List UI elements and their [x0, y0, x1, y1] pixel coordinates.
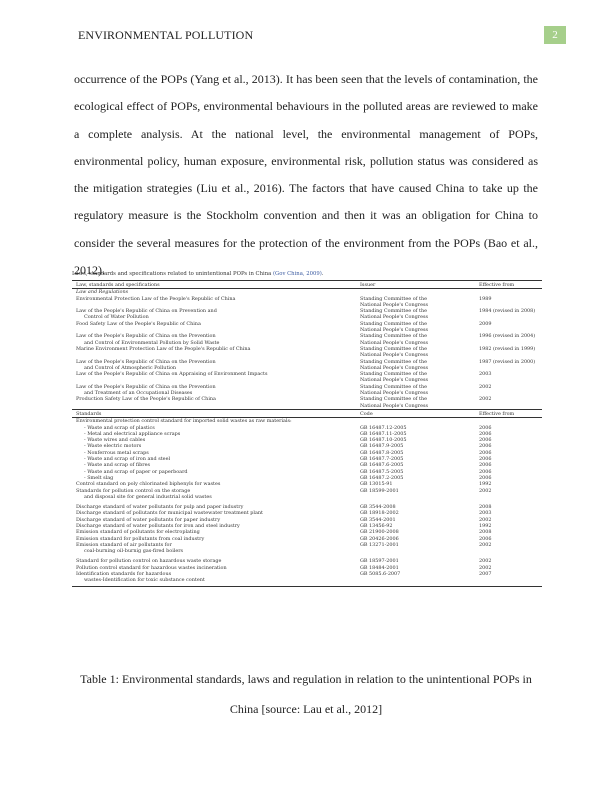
- law-issuer: Standing Committee of theNational People…: [356, 384, 475, 397]
- paragraph-text: occurrence of the POPs (Yang et al., 201…: [74, 66, 538, 284]
- bottom-rule: [72, 584, 542, 587]
- law-name: Law of the People's Republic of China on…: [72, 371, 356, 384]
- table-row: Standards for pollution control on the s…: [72, 488, 542, 501]
- running-head: ENVIRONMENTAL POLLUTION: [78, 28, 253, 43]
- law-name-line: Marine Environment Protection Law of the…: [76, 346, 356, 352]
- law-name: Environmental Protection Law of the Peop…: [72, 296, 356, 309]
- section-label: Law and Regulations: [72, 289, 542, 296]
- table-row: Law of the People's Republic of China on…: [72, 308, 542, 321]
- standard-name: Identification standards for hazardouswa…: [72, 571, 356, 584]
- table-row: Emission standard of air pollutants forc…: [72, 542, 542, 555]
- standard-code: GB 13271-2001: [356, 542, 475, 555]
- table-body: Law and Regulations Environmental Protec…: [72, 289, 542, 586]
- table-row: Food Safety Law of the People's Republic…: [72, 321, 542, 334]
- col-header-law: Law, standards and specifications: [72, 281, 356, 289]
- rule: [72, 584, 542, 587]
- law-name: Marine Environment Protection Law of the…: [72, 346, 356, 359]
- standards-header-row: StandardsCodeEffective from: [72, 409, 542, 417]
- law-effective: 2009: [475, 321, 542, 334]
- law-name: Law of the People's Republic of China on…: [72, 333, 356, 346]
- law-issuer: Standing Committee of theNational People…: [356, 396, 475, 409]
- table-title-end: .: [322, 271, 324, 277]
- table-figure-title: Laws, standards and specifications relat…: [72, 271, 542, 277]
- table-row: Marine Environment Protection Law of the…: [72, 346, 542, 359]
- caption-line-2: China [source: Lau et al., 2012]: [74, 694, 538, 724]
- law-issuer: Standing Committee of theNational People…: [356, 308, 475, 321]
- law-issuer: Standing Committee of theNational People…: [356, 333, 475, 346]
- caption-line-1: Table 1: Environmental standards, laws a…: [74, 664, 538, 694]
- law-name: Law of the People's Republic of China on…: [72, 308, 356, 321]
- table-row: Production Safety Law of the People's Re…: [72, 396, 542, 409]
- table-title-citation: (Gov China, 2009): [273, 271, 322, 277]
- law-effective: 1987 (revised in 2000): [475, 359, 542, 372]
- table-title-text: Laws, standards and specifications relat…: [72, 271, 273, 277]
- body-paragraph: occurrence of the POPs (Yang et al., 201…: [74, 66, 538, 284]
- law-effective: 2002: [475, 384, 542, 397]
- table-row: Law of the People's Republic of China on…: [72, 371, 542, 384]
- law-effective: 2002: [475, 396, 542, 409]
- col-header-effective: Effective from: [475, 281, 542, 289]
- standard-code: GB 5085.6-2007: [356, 571, 475, 584]
- standard-name: Emission standard of air pollutants forc…: [72, 542, 356, 555]
- law-name: Food Safety Law of the People's Republic…: [72, 321, 356, 334]
- page-header: ENVIRONMENTAL POLLUTION 2: [78, 28, 558, 48]
- law-name-line: Law of the People's Republic of China on…: [76, 371, 356, 377]
- law-effective: 2003: [475, 371, 542, 384]
- standard-effective: 2002: [475, 488, 542, 501]
- effective-col-header: Effective from: [475, 409, 542, 417]
- standards-col-header: Standards: [72, 409, 356, 417]
- law-name-line: Production Safety Law of the People's Re…: [76, 396, 356, 402]
- table-figure: Laws, standards and specifications relat…: [72, 271, 542, 587]
- laws-header-row: Law, standards and specifications Issuer…: [72, 281, 542, 289]
- law-issuer: Standing Committee of theNational People…: [356, 346, 475, 359]
- law-name: Production Safety Law of the People's Re…: [72, 396, 356, 409]
- law-name-line: Environmental Protection Law of the Peop…: [76, 296, 356, 302]
- law-issuer: Standing Committee of theNational People…: [356, 371, 475, 384]
- law-issuer: Standing Committee of theNational People…: [356, 359, 475, 372]
- regulations-table: Law, standards and specifications Issuer…: [72, 280, 542, 587]
- section-label-row: Law and Regulations: [72, 289, 542, 296]
- law-name: Law of the People's Republic of China on…: [72, 359, 356, 372]
- table-caption: Table 1: Environmental standards, laws a…: [74, 664, 538, 724]
- law-effective: 1996 (revised in 2004): [475, 333, 542, 346]
- table-row: Law of the People's Republic of China on…: [72, 359, 542, 372]
- law-issuer: Standing Committee of theNational People…: [356, 321, 475, 334]
- standard-effective: 2007: [475, 571, 542, 584]
- code-col-header: Code: [356, 409, 475, 417]
- table-row: Identification standards for hazardouswa…: [72, 571, 542, 584]
- standard-name: Standards for pollution control on the s…: [72, 488, 356, 501]
- group-label: Environmental protection control standar…: [72, 418, 542, 425]
- col-header-issuer: Issuer: [356, 281, 475, 289]
- group-label-row: Environmental protection control standar…: [72, 418, 542, 425]
- law-effective: 1982 (revised in 1999): [475, 346, 542, 359]
- page-number-badge: 2: [544, 26, 566, 44]
- law-name-line: Food Safety Law of the People's Republic…: [76, 321, 356, 327]
- standard-effective: 2002: [475, 542, 542, 555]
- law-issuer-line: National People's Congress: [360, 403, 475, 409]
- law-name: Law of the People's Republic of China on…: [72, 384, 356, 397]
- table-row: Environmental Protection Law of the Peop…: [72, 296, 542, 309]
- standard-code: GB 18599-2001: [356, 488, 475, 501]
- law-effective: 1989: [475, 296, 542, 309]
- law-issuer: Standing Committee of theNational People…: [356, 296, 475, 309]
- table-row: Law of the People's Republic of China on…: [72, 384, 542, 397]
- law-effective: 1984 (revised in 2008): [475, 308, 542, 321]
- table-row: Law of the People's Republic of China on…: [72, 333, 542, 346]
